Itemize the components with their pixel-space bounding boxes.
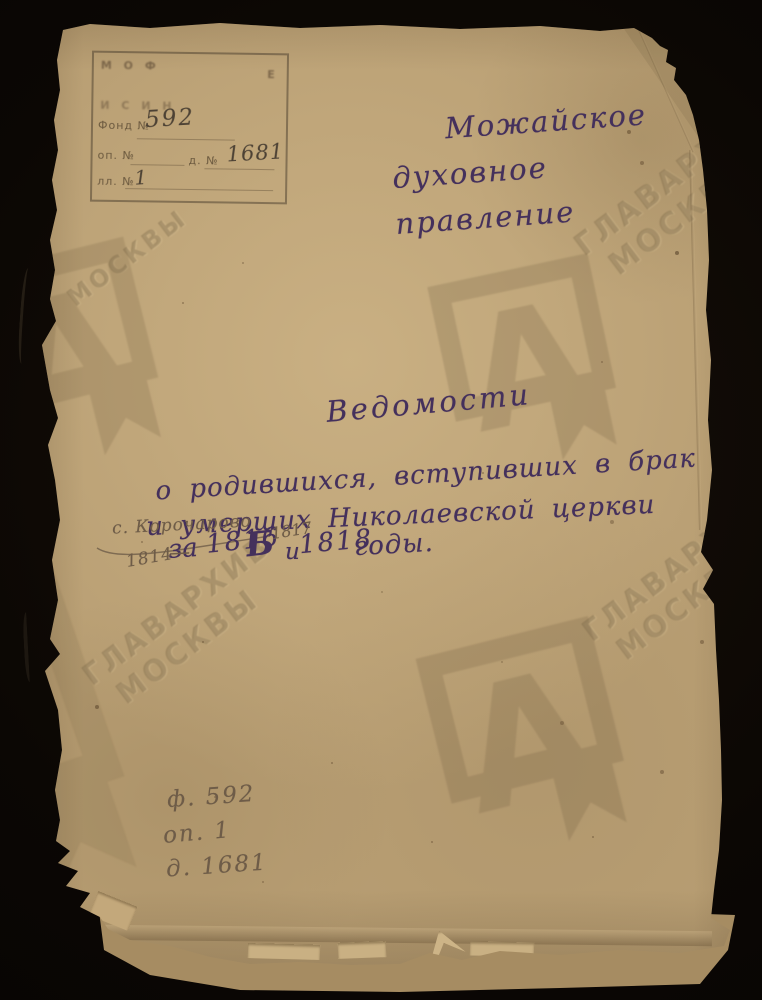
binding-thread <box>17 268 35 365</box>
stamp-delo-value: 1681 <box>226 139 285 166</box>
stamp-underline <box>125 187 273 191</box>
stamp-underline <box>137 137 235 140</box>
stamp-list-value: 1 <box>134 165 148 190</box>
stamp-fond-label: Фонд № <box>98 119 150 133</box>
stamp-faded-text: М О Ф <box>101 59 160 73</box>
year-line-tail: годы. <box>353 528 434 562</box>
stamp-opis-label: оп. № <box>98 149 136 163</box>
stamp-delo-label: д. № <box>188 154 218 167</box>
reference-opis: оп. 1 <box>162 817 232 849</box>
bottom-fold-crease <box>100 925 712 946</box>
paper-specks <box>0 0 2 2</box>
institution-heading: Можайское духовное правление <box>388 87 717 247</box>
torn-fold-tab <box>338 941 387 959</box>
stamp-underline <box>204 167 274 170</box>
archive-stamp: М О Ф Е И С И Н Фонд № 592 оп. № д. № 16… <box>90 51 289 205</box>
torn-fold-tab <box>248 943 320 960</box>
reference-delo: д. 1681 <box>165 849 268 882</box>
stamp-fond-value: 592 <box>144 104 195 133</box>
binding-thread <box>22 612 36 682</box>
archival-photo: ГЛАВАРХИВМОСКВЫ ГЛАВАРХИВМОСКВЫ ГЛАВАРХИ… <box>0 0 762 1000</box>
reference-fond: ф. 592 <box>166 781 256 813</box>
document-cover-page: ГЛАВАРХИВМОСКВЫ ГЛАВАРХИВМОСКВЫ ГЛАВАРХИ… <box>0 0 762 1000</box>
year-line-and: и <box>285 539 300 565</box>
pencil-dash: — <box>168 539 190 564</box>
stamp-faded-text: Е <box>267 68 279 81</box>
